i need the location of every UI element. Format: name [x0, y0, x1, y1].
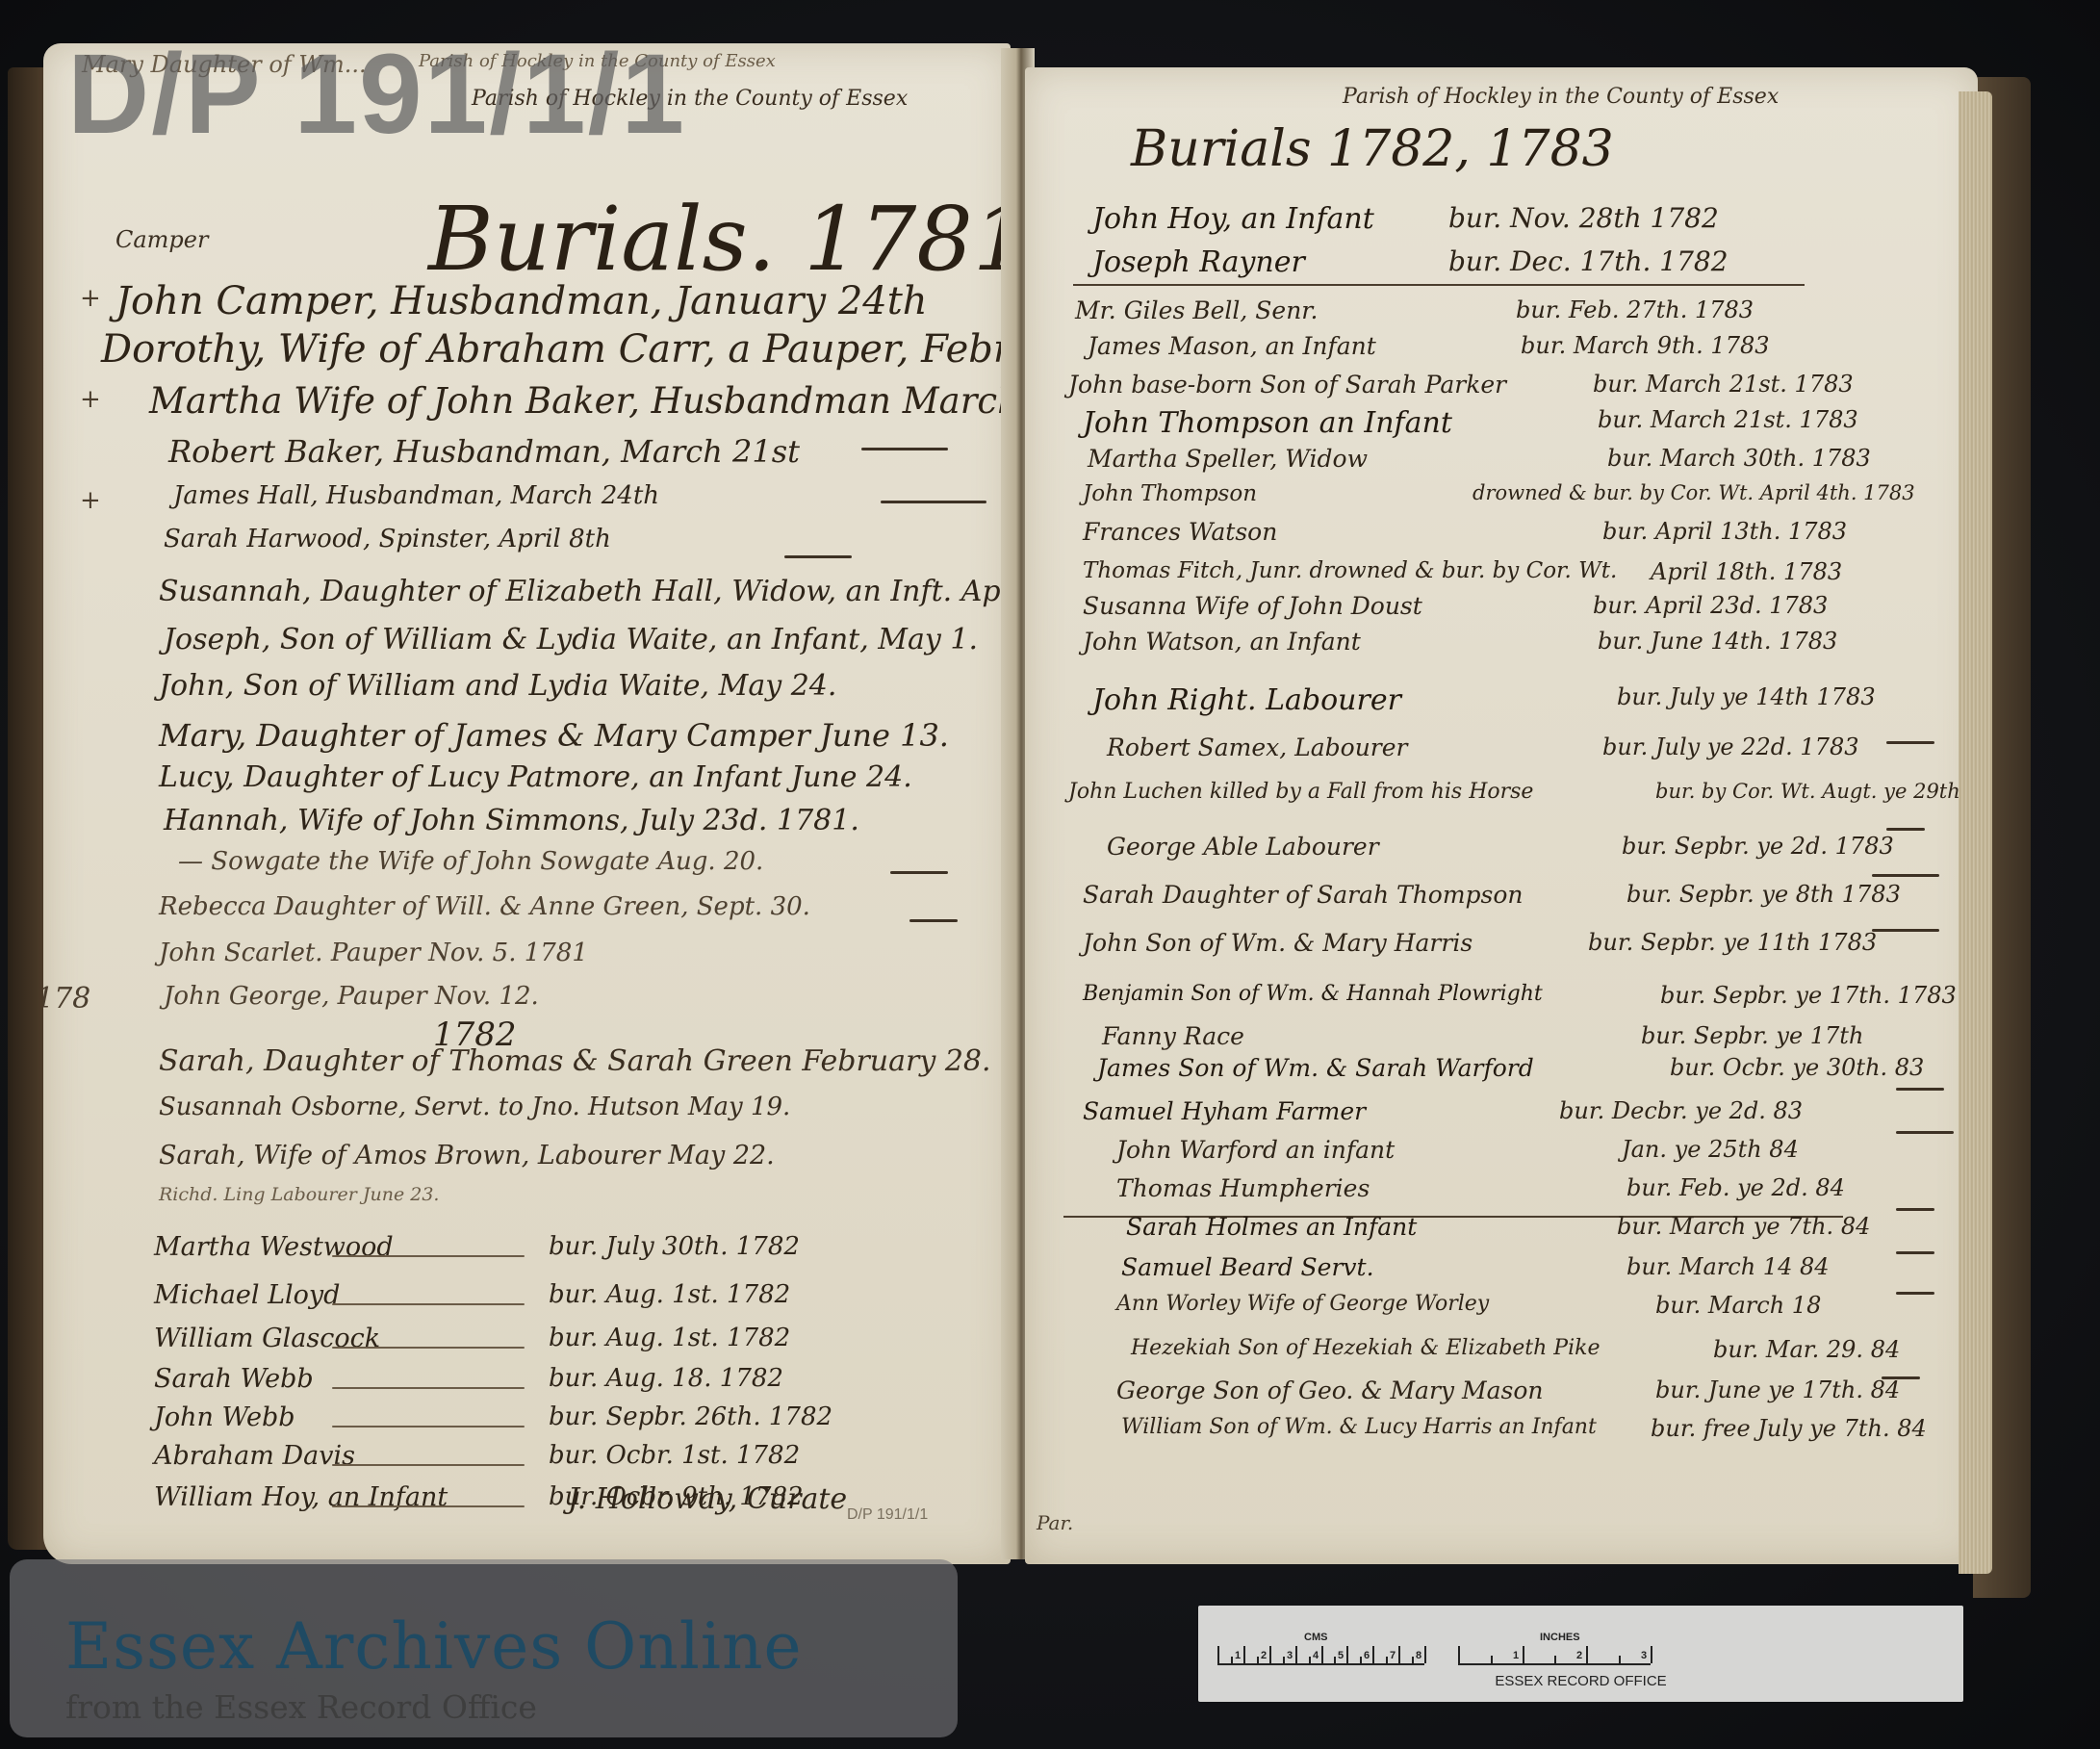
burial-entry: William Glascockbur. Aug. 1st. 1782: [43, 1324, 1011, 1366]
deceased-name: John Right. Labourer: [1092, 683, 1401, 717]
burial-entry: — Sowgate the Wife of John Sowgate Aug. …: [178, 847, 763, 876]
page-block-edges: [1959, 91, 1992, 1574]
trailing-dash: [881, 501, 986, 503]
burial-entry: James Mason, an Infantbur. March 9th. 17…: [1025, 332, 1978, 374]
burial-entry: John Thompson an Infantbur. March 21st. …: [1025, 406, 1978, 449]
deceased-name: Thomas Fitch, Junr. drowned & bur. by Co…: [1083, 558, 1617, 583]
burial-date: drowned & bur. by Cor. Wt. April 4th. 17…: [1473, 481, 1915, 504]
burial-entry: Mary, Daughter of James & Mary Camper Ju…: [159, 717, 949, 754]
logo-subtitle: from the Essex Record Office: [65, 1688, 537, 1726]
leader-dash: [332, 1505, 525, 1507]
burial-date: bur. Sepbr. ye 11th 1783: [1588, 929, 1877, 956]
burial-date: bur. by Cor. Wt. Augt. ye 29th 1783: [1655, 780, 1978, 803]
burial-entry: Richd. Ling Labourer June 23.: [159, 1184, 439, 1205]
burial-entry: John Luchen killed by a Fall from his Ho…: [1025, 780, 1978, 822]
deceased-name: Abraham Davis: [154, 1441, 355, 1471]
burial-date: bur. June ye 17th. 84: [1655, 1376, 1900, 1403]
right-page: Parish of Hockley in the County of Essex…: [1025, 67, 1978, 1564]
burial-entry: James Hall, Husbandman, March 24th: [173, 481, 659, 510]
burial-date: bur. July ye 14th 1783: [1617, 683, 1876, 710]
burial-entry: William Son of Wm. & Lucy Harris an Infa…: [1025, 1415, 1978, 1457]
ruler-tick: [1523, 1646, 1524, 1663]
deceased-name: Sarah Webb: [154, 1364, 314, 1394]
deceased-name: Frances Watson: [1083, 518, 1277, 546]
burial-entry: John George, Pauper Nov. 12.: [164, 982, 539, 1011]
trailing-dash: [1872, 929, 1939, 932]
burial-entry: Samuel Hyham Farmerbur. Decbr. ye 2d. 83: [1025, 1097, 1978, 1140]
burial-entry: John Son of Wm. & Mary Harrisbur. Sepbr.…: [1025, 929, 1978, 971]
burial-entry: Joseph, Son of William & Lydia Waite, an…: [164, 623, 978, 656]
deceased-name: Hezekiah Son of Hezekiah & Elizabeth Pik…: [1131, 1336, 1601, 1360]
ruler-tick: [1217, 1646, 1219, 1663]
ruler-tick: [1372, 1646, 1374, 1663]
burial-entry: Martha Westwoodbur. July 30th. 1782: [43, 1232, 1011, 1274]
burial-entry: John Hoy, an Infantbur. Nov. 28th 1782: [1025, 202, 1978, 244]
burial-date: bur. July 30th. 1782: [549, 1232, 800, 1261]
trailing-dash: [1886, 741, 1934, 744]
deceased-name: Fanny Race: [1102, 1022, 1244, 1050]
burial-entry: George Able Labourerbur. Sepbr. ye 2d. 1…: [1025, 833, 1978, 875]
burial-date: bur. Sepbr. ye 2d. 1783: [1622, 833, 1894, 860]
cross-mark-icon: +: [80, 284, 101, 313]
burial-entry: John Camper, Husbandman, January 24th: [115, 279, 928, 323]
deceased-name: John base-born Son of Sarah Parker: [1068, 371, 1506, 399]
essex-archives-logo: Essex Archives Online from the Essex Rec…: [10, 1559, 958, 1737]
deceased-name: James Son of Wm. & Sarah Warford: [1097, 1054, 1534, 1082]
burial-date: bur. Sepbr. ye 8th 1783: [1626, 881, 1901, 908]
ruler-tick-label: 5: [1338, 1650, 1344, 1661]
ruler-minor-tick: [1619, 1656, 1621, 1663]
deceased-name: Michael Lloyd: [154, 1280, 340, 1310]
burial-date: bur. Nov. 28th 1782: [1448, 202, 1719, 234]
ruler-tick-label: 4: [1313, 1650, 1319, 1661]
ruler-minor-tick: [1386, 1657, 1388, 1663]
trailing-dash: [1896, 1251, 1934, 1254]
burial-entry: George Son of Geo. & Mary Masonbur. June…: [1025, 1376, 1978, 1419]
ruler-tick: [1269, 1646, 1271, 1663]
leader-dash: [332, 1426, 525, 1427]
trailing-dash: [1896, 1208, 1934, 1211]
ruler-tick: [1321, 1646, 1323, 1663]
burial-date: bur. Sepbr. 26th. 1782: [549, 1402, 832, 1431]
burial-entry: John Scarlet. Pauper Nov. 5. 1781: [159, 939, 588, 967]
burial-entry: Sarah Holmes an Infantbur. March ye 7th.…: [1025, 1213, 1978, 1255]
ruler-minor-tick: [1334, 1657, 1336, 1663]
inch-unit-label: INCHES: [1540, 1632, 1580, 1643]
burial-date: bur. Sepbr. ye 17th. 1783: [1660, 982, 1957, 1009]
burial-date: bur. Sepbr. ye 17th: [1641, 1022, 1863, 1049]
margin-year-note: 178: [43, 982, 90, 1016]
margin-note: Par.: [1037, 1511, 1073, 1534]
burial-date: bur. Aug. 18. 1782: [549, 1364, 783, 1393]
burial-entry: Sarah Webbbur. Aug. 18. 1782: [43, 1364, 1011, 1406]
ruler-tick-label: 8: [1416, 1650, 1421, 1661]
burial-entry: Hannah, Wife of John Simmons, July 23d. …: [164, 804, 859, 837]
burial-entry: John, Son of William and Lydia Waite, Ma…: [159, 669, 836, 703]
burial-entry: Abraham Davisbur. Ocbr. 1st. 1782: [43, 1441, 1011, 1483]
ruler-tick: [1295, 1646, 1297, 1663]
burial-entry: Michael Lloydbur. Aug. 1st. 1782: [43, 1280, 1011, 1323]
curate-signature: J. Holloway, Curate: [568, 1482, 847, 1516]
ruler-tick: [1243, 1646, 1245, 1663]
ruler-tick-label: 6: [1364, 1650, 1370, 1661]
ruler-minor-tick: [1231, 1657, 1233, 1663]
ruler-tick-label: 2: [1576, 1650, 1582, 1661]
burial-date: bur. Ocbr. 1st. 1782: [549, 1441, 800, 1470]
burial-entry: Thomas Humpheriesbur. Feb. ye 2d. 84: [1025, 1174, 1978, 1217]
deceased-name: Sarah Holmes an Infant: [1126, 1213, 1417, 1241]
burial-entry: Susannah Osborne, Servt. to Jno. Hutson …: [159, 1093, 790, 1121]
burial-date: bur. Aug. 1st. 1782: [549, 1324, 790, 1352]
deceased-name: John Hoy, an Infant: [1092, 202, 1374, 236]
trailing-dash: [784, 555, 852, 558]
deceased-name: James Mason, an Infant: [1088, 332, 1376, 360]
ruler-tick-label: 1: [1513, 1650, 1519, 1661]
burial-date: bur. March 9th. 1783: [1521, 332, 1770, 359]
leader-dash: [332, 1347, 525, 1349]
ruler-organization-label: ESSEX RECORD OFFICE: [1198, 1673, 1963, 1689]
ruler-tick: [1424, 1646, 1426, 1663]
burial-entry: Robert Samex, Labourerbur. July ye 22d. …: [1025, 733, 1978, 776]
deceased-name: Samuel Beard Servt.: [1121, 1253, 1374, 1281]
deceased-name: William Son of Wm. & Lucy Harris an Infa…: [1121, 1415, 1597, 1439]
burial-date: bur. free July ye 7th. 84: [1651, 1415, 1927, 1442]
cross-mark-icon: +: [80, 486, 101, 515]
archive-reference-stamp: D/P 191/1/1: [847, 1506, 928, 1524]
reference-watermark: D/P 191/1/1: [67, 29, 686, 160]
deceased-name: John Webb: [154, 1402, 295, 1432]
scale-ruler: 12345678 CMS 123 INCHES ESSEX RECORD OFF…: [1198, 1606, 1963, 1702]
ruler-minor-tick: [1283, 1657, 1285, 1663]
burial-entry: Frances Watsonbur. April 13th. 1783: [1025, 518, 1978, 560]
burial-date: bur. March 18: [1655, 1292, 1821, 1319]
ruler-minor-tick: [1257, 1657, 1259, 1663]
deceased-name: William Glascock: [154, 1324, 380, 1353]
burial-date: April 18th. 1783: [1651, 558, 1842, 585]
ruler-minor-tick: [1554, 1656, 1556, 1663]
deceased-name: Martha Westwood: [154, 1232, 394, 1262]
burial-date: bur. March 14 84: [1626, 1253, 1830, 1280]
burial-entry: Lucy, Daughter of Lucy Patmore, an Infan…: [159, 760, 912, 794]
ruler-minor-tick: [1309, 1657, 1311, 1663]
leader-dash: [332, 1464, 525, 1466]
inch-scale: 123: [1458, 1644, 1651, 1665]
burial-entry: Sarah, Daughter of Thomas & Sarah Green …: [159, 1044, 991, 1078]
deceased-name: Thomas Humpheries: [1116, 1174, 1370, 1202]
burial-date: bur. Dec. 17th. 1782: [1448, 245, 1729, 277]
deceased-name: John Warford an infant: [1116, 1136, 1395, 1164]
ruler-tick: [1586, 1646, 1588, 1663]
burial-entry: John Warford an infantJan. ye 25th 84: [1025, 1136, 1978, 1178]
burial-date: Jan. ye 25th 84: [1622, 1136, 1799, 1163]
leader-dash: [332, 1387, 525, 1389]
burial-date: bur. Decbr. ye 2d. 83: [1559, 1097, 1803, 1124]
cm-scale: 12345678: [1217, 1644, 1424, 1665]
burial-entry: John Right. Labourerbur. July ye 14th 17…: [1025, 683, 1978, 726]
ruler-tick-label: 2: [1261, 1650, 1267, 1661]
deceased-name: George Able Labourer: [1107, 833, 1379, 861]
burial-date: bur. Feb. ye 2d. 84: [1626, 1174, 1845, 1201]
trailing-dash: [1882, 1376, 1920, 1379]
burial-entry: John Webbbur. Sepbr. 26th. 1782: [43, 1402, 1011, 1445]
burial-entry: Sarah Daughter of Sarah Thompsonbur. Sep…: [1025, 881, 1978, 923]
ruler-tick-label: 3: [1641, 1650, 1647, 1661]
page-title: Burials. 1781.: [428, 188, 1011, 291]
ruler-tick: [1651, 1646, 1652, 1663]
deceased-name: Joseph Rayner: [1092, 245, 1305, 279]
deceased-name: Sarah Daughter of Sarah Thompson: [1083, 881, 1524, 909]
ruler-minor-tick: [1491, 1656, 1493, 1663]
page-title: Burials 1782, 1783: [1131, 120, 1614, 178]
ruler-tick: [1458, 1646, 1460, 1663]
burial-entry: Susannah, Daughter of Elizabeth Hall, Wi…: [159, 575, 1011, 608]
burial-entry: Sarah Harwood, Spinster, April 8th: [164, 525, 611, 553]
burial-entry: Hezekiah Son of Hezekiah & Elizabeth Pik…: [1025, 1336, 1978, 1378]
burial-date: bur. March 30th. 1783: [1607, 445, 1871, 472]
trailing-dash: [1896, 1088, 1944, 1091]
burial-entry: Dorothy, Wife of Abraham Carr, a Pauper,…: [101, 327, 1011, 372]
burial-entry: Sarah, Wife of Amos Brown, Labourer May …: [159, 1141, 775, 1170]
burial-date: bur. Mar. 29. 84: [1713, 1336, 1900, 1363]
burial-date: bur. March ye 7th. 84: [1617, 1213, 1870, 1240]
deceased-name: George Son of Geo. & Mary Mason: [1116, 1376, 1543, 1404]
burial-date: bur. July ye 22d. 1783: [1602, 733, 1858, 760]
deceased-name: Susanna Wife of John Doust: [1083, 592, 1422, 620]
deceased-name: John Luchen killed by a Fall from his Ho…: [1068, 780, 1533, 804]
deceased-name: John Thompson: [1083, 481, 1257, 506]
deceased-name: Martha Speller, Widow: [1088, 445, 1368, 473]
burial-date: bur. Ocbr. ye 30th. 83: [1670, 1054, 1924, 1081]
ruler-tick: [1398, 1646, 1400, 1663]
logo-title: Essex Archives Online: [65, 1609, 803, 1684]
burial-entry: Robert Baker, Husbandman, March 21st: [168, 433, 800, 470]
trailing-dash: [890, 871, 948, 874]
leader-dash: [332, 1255, 525, 1257]
ruler-minor-tick: [1360, 1657, 1362, 1663]
burial-date: bur. Feb. 27th. 1783: [1516, 296, 1754, 323]
trailing-dash: [1896, 1292, 1934, 1295]
trailing-dash: [1872, 874, 1939, 877]
burial-date: bur. April 13th. 1783: [1602, 518, 1847, 545]
burial-entry: Ann Worley Wife of George Worleybur. Mar…: [1025, 1292, 1978, 1334]
parish-header: Parish of Hockley in the County of Essex: [1343, 85, 1779, 109]
burial-date: bur. June 14th. 1783: [1598, 628, 1837, 655]
cross-mark-icon: +: [80, 385, 101, 414]
deceased-name: John Watson, an Infant: [1083, 628, 1361, 656]
ruler-tick: [1346, 1646, 1348, 1663]
trailing-dash: [909, 919, 958, 922]
burial-entry: Samuel Beard Servt.bur. March 14 84: [1025, 1253, 1978, 1296]
trailing-dash: [1886, 828, 1925, 831]
burial-date: bur. March 21st. 1783: [1598, 406, 1858, 433]
leader-dash: [332, 1303, 525, 1305]
margin-name-note: Camper: [115, 226, 208, 253]
ruler-minor-tick: [1412, 1657, 1414, 1663]
ruler-tick-label: 1: [1235, 1650, 1241, 1661]
deceased-name: John Thompson an Infant: [1083, 406, 1452, 440]
burial-entry: Benjamin Son of Wm. & Hannah Plowrightbu…: [1025, 982, 1978, 1024]
ruler-tick-label: 3: [1287, 1650, 1293, 1661]
deceased-name: John Son of Wm. & Mary Harris: [1083, 929, 1473, 957]
burial-entry: John Watson, an Infantbur. June 14th. 17…: [1025, 628, 1978, 670]
ruler-tick-label: 7: [1390, 1650, 1396, 1661]
burial-entry: Martha Wife of John Baker, Husbandman Ma…: [149, 380, 1011, 422]
deceased-name: Samuel Hyham Farmer: [1083, 1097, 1366, 1125]
burial-entry: James Son of Wm. & Sarah Warfordbur. Ocb…: [1025, 1054, 1978, 1096]
burial-entry: Joseph Raynerbur. Dec. 17th. 1782: [1025, 245, 1978, 288]
trailing-dash: [1896, 1131, 1954, 1134]
trailing-dash: [861, 448, 948, 450]
deceased-name: Ann Worley Wife of George Worley: [1116, 1292, 1489, 1316]
burial-date: bur. April 23d. 1783: [1593, 592, 1828, 619]
burial-entry: Rebecca Daughter of Will. & Anne Green, …: [159, 892, 810, 921]
deceased-name: Mr. Giles Bell, Senr.: [1075, 296, 1318, 324]
cm-unit-label: CMS: [1304, 1632, 1327, 1643]
burial-date: bur. March 21st. 1783: [1593, 371, 1854, 398]
deceased-name: Robert Samex, Labourer: [1107, 733, 1408, 761]
deceased-name: William Hoy, an Infant: [154, 1482, 448, 1512]
left-page: Mary Daughter of Wm... Parish of Hockley…: [43, 43, 1011, 1564]
deceased-name: Benjamin Son of Wm. & Hannah Plowright: [1083, 982, 1543, 1006]
burial-date: bur. Aug. 1st. 1782: [549, 1280, 790, 1309]
